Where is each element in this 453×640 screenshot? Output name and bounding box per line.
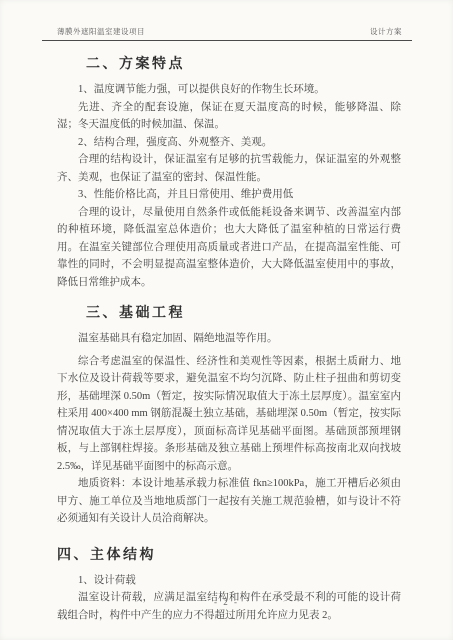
paragraph-structure-point: 2、结构合理，强度高、外观整齐、美观。 [57, 134, 401, 152]
header-right-title: 设计方案 [370, 26, 402, 37]
section-heading-main-structure: 四、主体结构 [57, 547, 401, 565]
paragraph-temperature-point: 1、温度调节能力强，可以提供良好的作物生长环境。 [57, 81, 401, 99]
paragraph-design-load-point: 1、设计荷载 [57, 572, 401, 590]
section-heading-foundation-engineering: 三、基础工程 [86, 305, 401, 323]
paragraph-cost-detail: 合理的设计，尽量使用自然条件或低能耗设备来调节、改善温室内部的种植环境，降低温室… [57, 204, 401, 292]
header-left-title: 薄膜外遮阳温室建设项目 [57, 26, 145, 37]
paragraph-structure-detail: 合理的结构设计，保证温室有足够的抗雪载能力，保证温室的外观整齐、美观，也保证了温… [57, 151, 401, 186]
page-header: 薄膜外遮阳温室建设项目 设计方案 [42, 26, 412, 41]
document-content: 二、方案特点 1、温度调节能力强，可以提供良好的作物生长环境。 先进、齐全的配套… [57, 56, 401, 624]
document-page: 薄膜外遮阳温室建设项目 设计方案 二、方案特点 1、温度调节能力强，可以提供良好… [0, 0, 453, 640]
paragraph-foundation-purpose: 温室基础具有稳定加固、隔绝地温等作用。 [57, 330, 401, 348]
paragraph-geological-data: 地质资料：本设计地基承载力标准值 fkn≥100kPa，施工开槽后必须由甲方、施… [57, 475, 401, 528]
paragraph-foundation-design: 综合考虑温室的保温性、经济性和美观性等因素，根据土质耐力、地下水位及设计荷载等要… [57, 353, 401, 476]
section-heading-scheme-features: 二、方案特点 [86, 56, 401, 74]
paragraph-cost-point: 3、性能价格比高，并且日常使用、维护费用低 [57, 186, 401, 204]
page-footer: - 2 - [0, 597, 453, 607]
page-number: - 2 - [214, 597, 239, 607]
paragraph-temperature-detail: 先进、齐全的配套设施，保证在夏天温度高的时候，能够降温、除湿；冬天温度低的时候加… [57, 99, 401, 134]
